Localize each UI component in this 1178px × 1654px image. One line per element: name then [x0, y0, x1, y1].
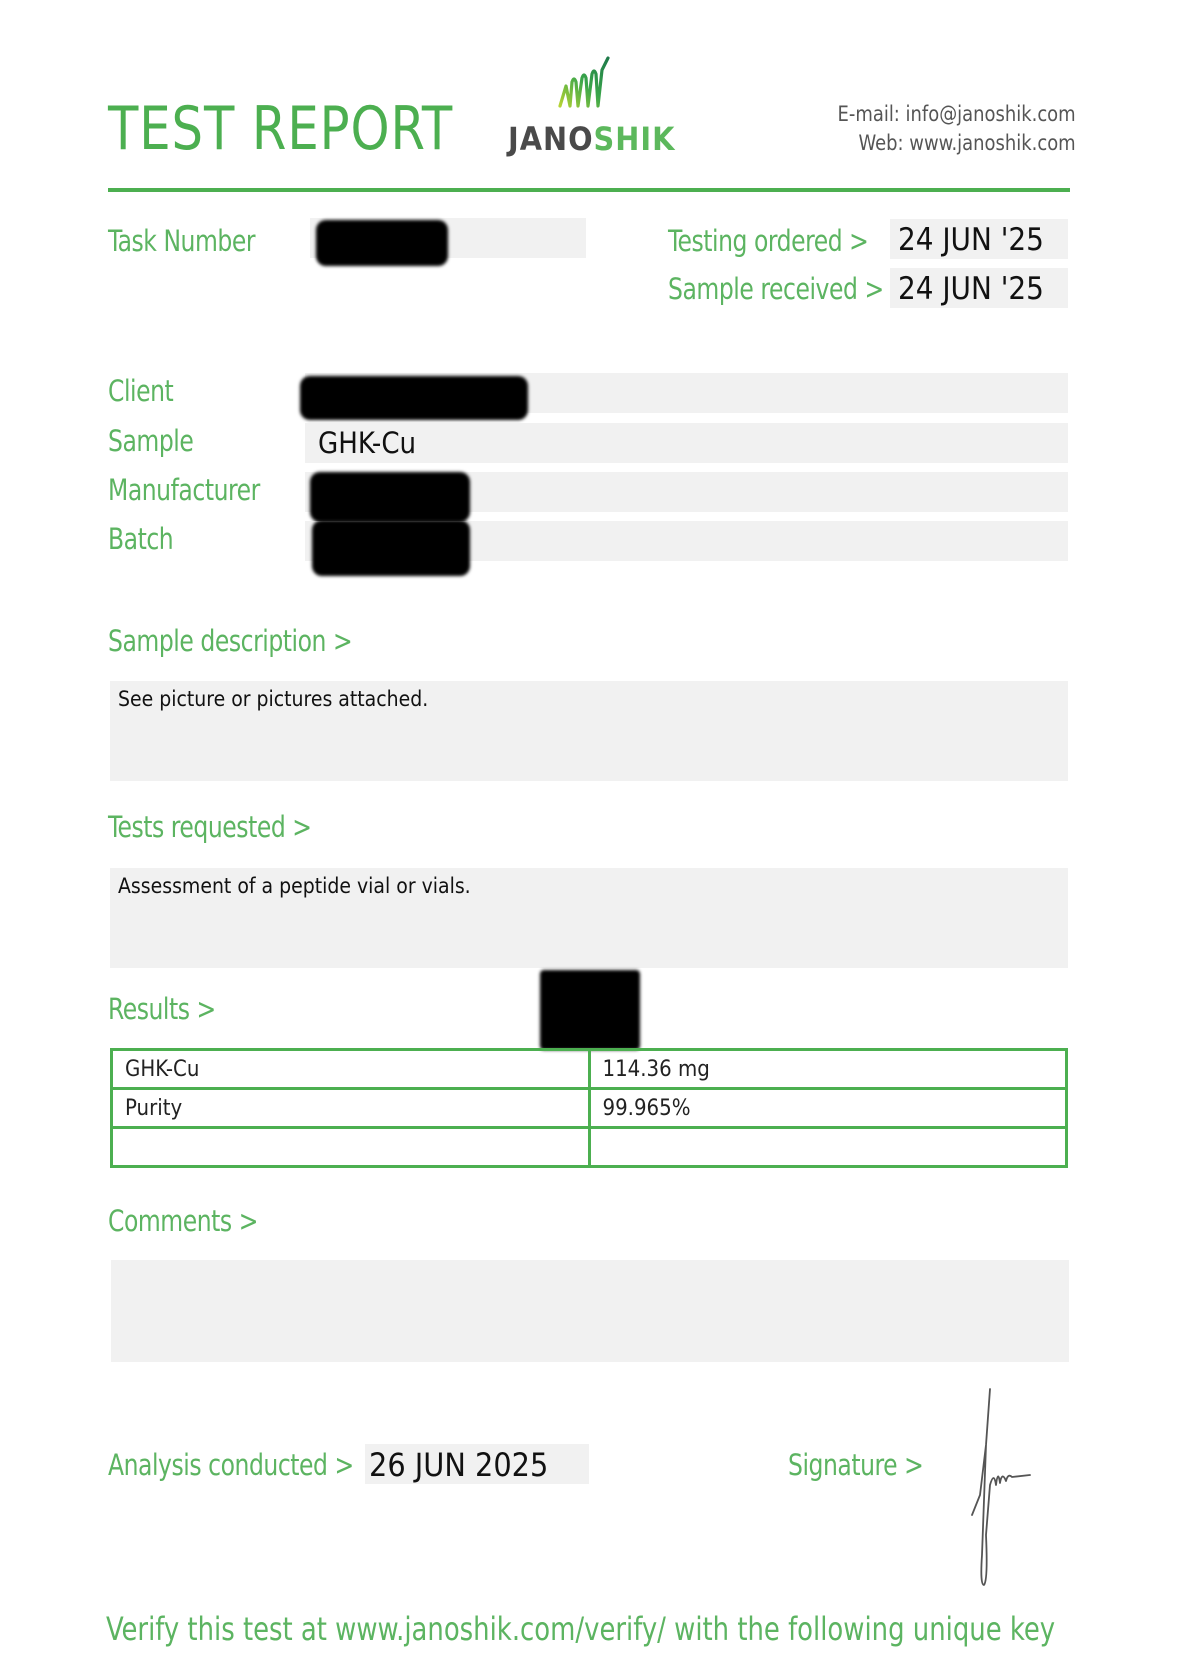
analysis-date-value: 26 JUN 2025 [369, 1446, 548, 1484]
sample-label: Sample [108, 424, 193, 458]
sample-value: GHK-Cu [318, 426, 416, 460]
manufacturer-label: Manufacturer [108, 473, 260, 507]
task-number-label: Task Number [108, 224, 255, 258]
sample-received-label: Sample received > [668, 272, 884, 306]
client-label: Client [108, 374, 173, 408]
contact-info: E-mail: info@janoshik.com Web: www.janos… [838, 100, 1076, 158]
result-value [589, 1128, 1067, 1167]
sample-description-box: See picture or pictures attached. [110, 681, 1068, 781]
task-number-redaction [316, 220, 448, 266]
result-value: 114.36 mg [589, 1050, 1067, 1089]
logo-wordmark: JANOSHIK [508, 120, 675, 158]
results-label: Results > [108, 992, 216, 1026]
sample-received-value: 24 JUN '25 [898, 271, 1044, 307]
email-text[interactable]: E-mail: info@janoshik.com [838, 100, 1076, 129]
manufacturer-redaction [310, 472, 470, 522]
tests-requested-box: Assessment of a peptide vial or vials. [110, 868, 1068, 968]
web-text[interactable]: Web: www.janoshik.com [838, 129, 1076, 158]
client-redaction [300, 376, 528, 420]
sample-field [305, 423, 1068, 463]
signature-label: Signature > [788, 1448, 923, 1482]
testing-ordered-value: 24 JUN '25 [898, 222, 1044, 258]
result-name: Purity [112, 1089, 590, 1128]
results-table: GHK-Cu 114.36 mg Purity 99.965% [110, 1048, 1068, 1168]
table-row: GHK-Cu 114.36 mg [112, 1050, 1067, 1089]
comments-box [111, 1260, 1069, 1362]
header-divider [108, 188, 1070, 192]
sample-description-text: See picture or pictures attached. [118, 687, 428, 711]
results-redaction [540, 970, 640, 1050]
comments-label: Comments > [108, 1204, 258, 1238]
analysis-conducted-label: Analysis conducted > [108, 1448, 354, 1482]
bar-chart-logo-icon [558, 56, 624, 112]
result-name: GHK-Cu [112, 1050, 590, 1089]
verify-text: Verify this test at www.janoshik.com/ver… [106, 1610, 1055, 1648]
result-value: 99.965% [589, 1089, 1067, 1128]
tests-requested-label: Tests requested > [108, 810, 312, 844]
tests-requested-text: Assessment of a peptide vial or vials. [118, 874, 471, 898]
table-row: Purity 99.965% [112, 1089, 1067, 1128]
signature-icon [950, 1385, 1040, 1590]
sample-description-label: Sample description > [108, 624, 352, 658]
batch-label: Batch [108, 522, 173, 556]
batch-redaction [312, 520, 470, 576]
result-name [112, 1128, 590, 1167]
testing-ordered-label: Testing ordered > [668, 224, 868, 258]
table-row [112, 1128, 1067, 1167]
report-title: TEST REPORT [108, 94, 453, 164]
